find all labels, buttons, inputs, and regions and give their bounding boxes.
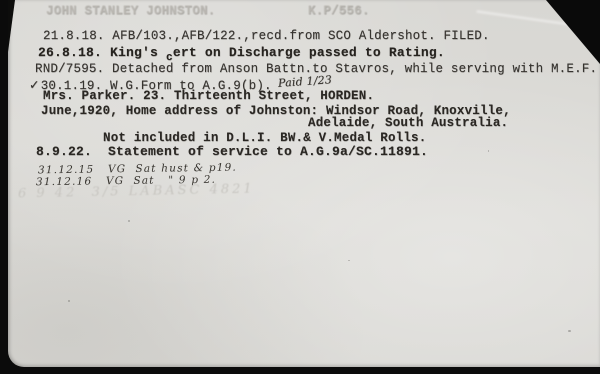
index-card: JOHN STANLEY JOHNSTON. K.P/556. 21.8.18.… (8, 0, 600, 367)
header-name: JOHN STANLEY JOHNSTON. (46, 5, 215, 18)
paper-speck (348, 260, 350, 261)
entry-8-9-22: 8.9.22. Statement of service to A.G.9a/S… (36, 145, 428, 158)
entry-26-8-18-suffix: ert on Discharge passed to Rating. (173, 45, 445, 60)
header-reference: K.P/556. (308, 5, 370, 18)
entry-june-1920-continued: Adelaide, South Australia. (308, 117, 508, 130)
paid-annotation: Paid 1/23 (277, 73, 332, 90)
entry-26-8-18-prefix: 26.8.18. King's (38, 45, 166, 60)
paper-speck (128, 220, 130, 222)
entry-26-8-18: 26.8.18. King's cert on Discharge passed… (38, 46, 445, 61)
entry-21-8-18: 21.8.18. AFB/103.,AFB/122.,recd.from SCO… (43, 30, 490, 43)
entry-mrs-parker: Mrs. Parker. 23. Thirteenth Street, HORD… (43, 90, 374, 103)
scanned-record-card: JOHN STANLEY JOHNSTON. K.P/556. 21.8.18.… (0, 0, 600, 374)
checkmark-annotation: ✓ (29, 77, 40, 92)
paper-speck (568, 330, 571, 332)
paper-speck (68, 300, 70, 302)
paper-speck (488, 150, 489, 152)
